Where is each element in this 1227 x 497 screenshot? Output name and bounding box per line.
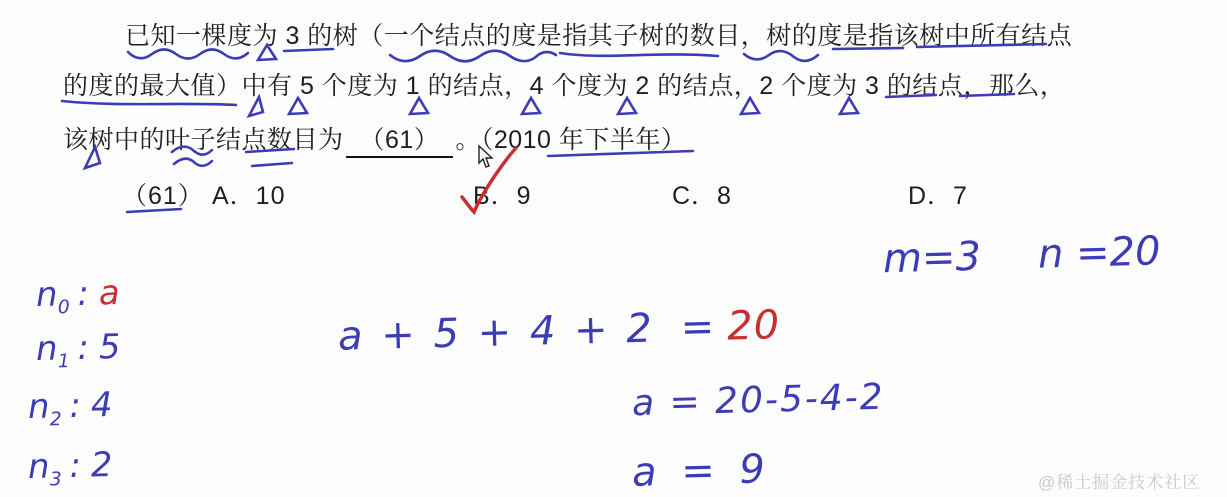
option-b: B．9: [473, 176, 532, 212]
hw-count-n2-var: n2: [27, 386, 61, 427]
option-a: A．10: [212, 176, 285, 212]
question-line-2: 的度的最大值）中有 5 个度为 1 的结点，4 个度为 2 的结点，2 个度为 …: [63, 66, 1065, 102]
watermark: @稀土掘金技术社区: [1038, 468, 1200, 493]
straight-underline-mark: [560, 53, 718, 56]
hw-equation-result: a = 9: [631, 446, 771, 496]
hw-equation-sum-equals: =: [680, 304, 718, 351]
hw-equation-solve: a = 20-5-4-2: [632, 377, 886, 425]
hw-param-n: n =20: [1037, 228, 1161, 277]
hw-count-n1-var: n1: [35, 328, 69, 369]
hw-param-m: m=3: [882, 234, 981, 283]
option-number-label: （61）: [122, 176, 204, 212]
hw-count-n3-value: 2: [90, 445, 113, 486]
hw-count-n1: n1:5: [35, 327, 121, 373]
hw-count-n0: n0:a: [35, 273, 120, 319]
hw-count-n2-value: 4: [90, 385, 113, 426]
question-line-1: 已知一棵度为 3 的树（一个结点的度是指其子树的数目，树的度是指该树中所有结点: [125, 16, 1072, 52]
wavy-underline-mark: [744, 51, 818, 61]
approx-mark: [174, 159, 212, 166]
option-c: C．8: [672, 176, 732, 212]
exam-question-page: 已知一棵度为 3 的树（一个结点的度是指其子树的数目，树的度是指该树中所有结点 …: [0, 0, 1227, 497]
hw-count-n1-value: 5: [98, 327, 121, 368]
wavy-underline-mark: [390, 51, 556, 62]
hw-equation-sum: a + 5 + 4 + 2=20: [337, 302, 780, 360]
question-line-3: 该树中的叶子结点数目为（61）。（2010 年下半年）: [63, 120, 686, 158]
hw-count-n0-var: n0: [35, 274, 69, 315]
double-line-mark: [252, 163, 292, 166]
hw-equation-sum-rhs: 20: [727, 302, 781, 349]
option-d: D．7: [908, 176, 968, 212]
answer-blank: （61）: [346, 120, 454, 158]
hw-count-n0-value: a: [98, 273, 120, 314]
question-line-3-suffix: 。（2010 年下半年）: [455, 126, 686, 154]
question-line-3-prefix: 该树中的叶子结点数目为: [63, 126, 344, 154]
hw-count-n2: n2:4: [27, 385, 113, 431]
hw-count-n3-var: n3: [27, 446, 61, 487]
hw-equation-sum-lhs: a + 5 + 4 + 2: [337, 306, 655, 360]
hw-count-n3: n3:2: [27, 445, 113, 491]
